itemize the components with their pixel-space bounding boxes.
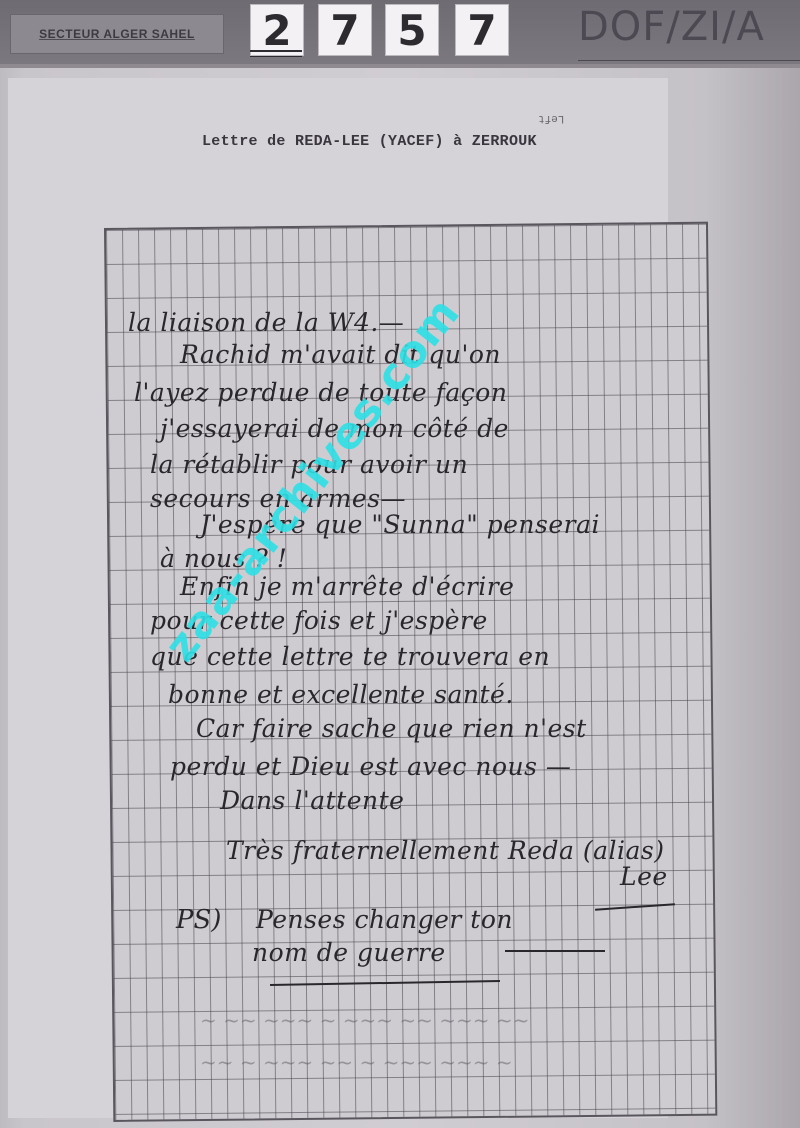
letter-line: perdu et Dieu est avec nous —	[170, 752, 740, 781]
archive-cote: DOF/ZI/A	[578, 4, 800, 61]
faded-bleed-through: ~ ~~ ~~~ ~ ~~~ ~~ ~~~ ~~	[200, 1008, 680, 1032]
ps-line: Penses changer ton	[256, 905, 800, 934]
letter-line: j'essayerai de mon côté de	[160, 414, 730, 443]
letter-line: la rétablir pour avoir un	[150, 450, 720, 479]
document-number-digit: 7	[455, 4, 509, 56]
ps-label: PS)	[176, 905, 221, 935]
letter-line: Rachid m'avait dit qu'on	[180, 340, 750, 369]
digit-underline	[250, 50, 302, 57]
letter-line: que cette lettre te trouvera en	[150, 642, 720, 671]
archive-header-strip: SECTEUR ALGER SAHEL 2 7 5 7 DOF/ZI/A	[0, 0, 800, 64]
document-number-digit: 7	[318, 4, 372, 56]
letter-signature-line: Très fraternellement Reda (alias)	[226, 836, 796, 865]
letter-signature-name: Lee	[620, 862, 800, 891]
letter-line: Car faire sache que rien n'est	[196, 714, 766, 743]
letter-line: secours en armes—	[150, 484, 720, 513]
ps-underline	[505, 950, 605, 952]
typed-margin-mark: Left	[538, 112, 564, 124]
document-number-digit: 2	[250, 4, 304, 56]
letter-line: Dans l'attente	[220, 786, 790, 815]
ps-line: nom de guerre	[252, 938, 800, 967]
faded-bleed-through: ~~ ~ ~~~ ~~ ~ ~~~ ~~~ ~	[200, 1050, 680, 1074]
archive-sector-label: SECTEUR ALGER SAHEL	[10, 14, 224, 54]
archive-sector-text: SECTEUR ALGER SAHEL	[39, 27, 195, 41]
typed-document-title: Lettre de REDA-LEE (YACEF) à ZERROUK	[202, 133, 537, 150]
letter-line: bonne et excellente santé.	[168, 680, 738, 709]
document-number-digit: 5	[385, 4, 439, 56]
